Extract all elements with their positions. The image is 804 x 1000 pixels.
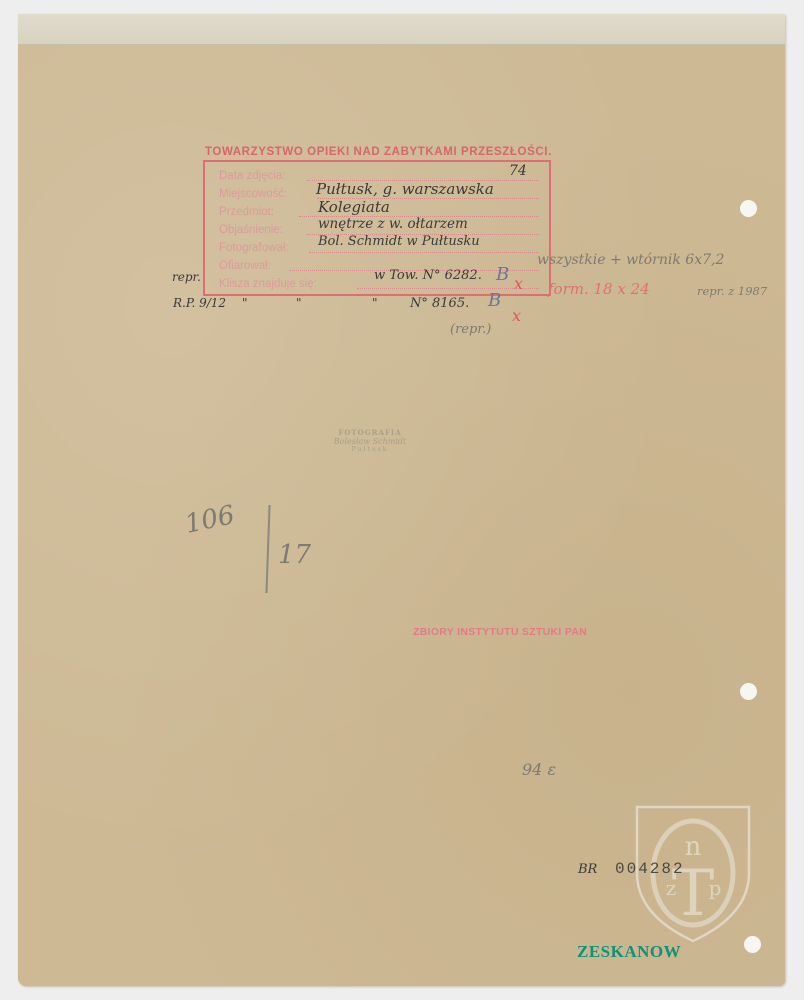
- value-date: 74: [509, 163, 527, 179]
- value-description: wnętrze z w. ołtarzem: [318, 216, 468, 232]
- field-label: Klisza znajduje się:: [219, 278, 317, 290]
- value-photographer: Bol. Schmidt w Pułtusku: [318, 234, 480, 249]
- repr-prefix: repr.: [172, 270, 201, 284]
- field-label: Miejscowość:: [219, 188, 287, 200]
- klisza-mark-b: B: [496, 264, 509, 285]
- value-negative: w Tow. N° 6282.: [374, 268, 482, 283]
- value-subject: Kolegiata: [318, 198, 390, 216]
- faded-stamp-line1: FOTOGRAFIA: [310, 428, 430, 437]
- faded-stamp-line3: Pułtusk: [310, 446, 430, 453]
- society-stamp-title: TOWARZYSTWO OPIEKI NAD ZABYTKAMI PRZESZŁ…: [205, 146, 555, 158]
- pencil-number-94: 94 ε: [522, 760, 556, 779]
- field-label: Data zdjęcia:: [219, 170, 285, 182]
- inventory-prefix: BR: [578, 862, 597, 877]
- field-label: Ofiarował:: [219, 260, 271, 272]
- value-place: Pułtusk, g. warszawska: [316, 180, 494, 198]
- field-label: Przedmiot:: [219, 206, 274, 218]
- punch-hole-top: [740, 200, 757, 217]
- right-note-format: form. 18 x 24: [548, 280, 650, 298]
- faded-photographer-stamp: FOTOGRAFIA Bolesław Schmidt Pułtusk: [310, 428, 430, 453]
- ditto-3: ": [372, 296, 378, 310]
- paper-top-strip: [18, 14, 785, 45]
- scanned-stamp: ZESKANOW: [577, 942, 681, 962]
- rp-repr-note: (repr.): [450, 322, 491, 337]
- ditto-2: ": [296, 296, 302, 310]
- field-label: Fotografował:: [219, 242, 289, 254]
- rp-mark-x: x: [512, 306, 521, 325]
- pencil-number-17: 17: [278, 540, 311, 570]
- right-note-repr-1987: repr. z 1987: [697, 284, 767, 298]
- collection-stamp: ZBIORY INSTYTUTU SZTUKI PAN: [413, 626, 587, 638]
- rp-number: N° 8165.: [410, 296, 469, 311]
- field-label: Objaśnienie:: [219, 224, 283, 236]
- ditto-1: ": [242, 296, 248, 310]
- punch-hole-middle: [740, 683, 757, 700]
- rp-label: R.P. 9/12: [173, 296, 226, 310]
- rp-mark-b: B: [488, 290, 501, 311]
- svg-text:p: p: [709, 876, 722, 900]
- klisza-mark-x: x: [514, 274, 523, 293]
- right-note-sizes: wszystkie + wtórnik 6x7,2: [537, 252, 724, 268]
- faded-stamp-line2: Bolesław Schmidt: [310, 437, 430, 446]
- inventory-number: 004282: [615, 860, 685, 878]
- svg-text:z: z: [666, 876, 677, 900]
